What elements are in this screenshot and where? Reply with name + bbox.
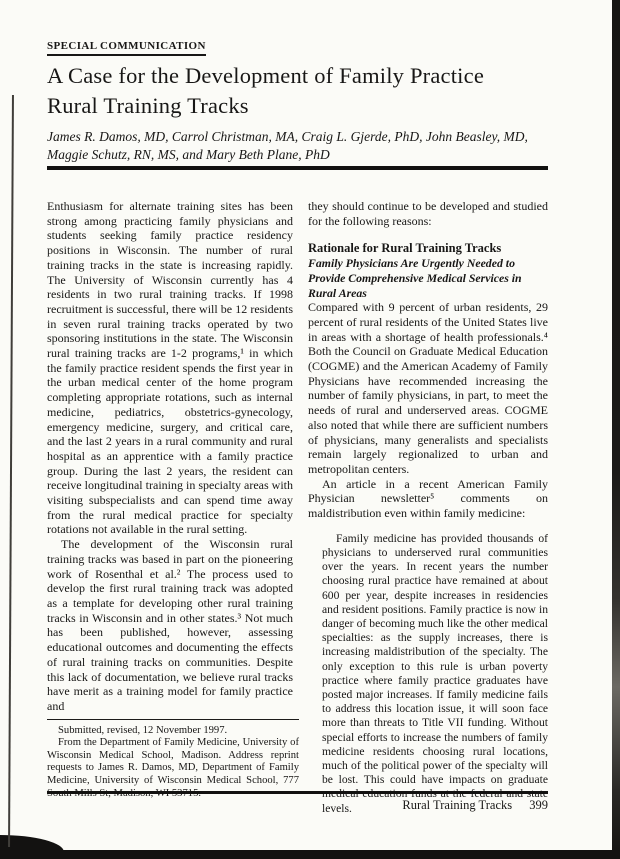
body-paragraph: An article in a recent American Family P… <box>308 477 548 521</box>
header-rule <box>47 166 548 170</box>
page-number: 399 <box>529 798 548 812</box>
section-heading: Rationale for Rural Training Tracks <box>308 241 548 256</box>
right-column: they should continue to be developed and… <box>308 199 548 816</box>
article-title-line-2: Rural Training Tracks <box>47 91 567 121</box>
scan-edge-bottom <box>0 850 620 859</box>
body-paragraph: they should continue to be developed and… <box>308 199 548 228</box>
body-paragraph: Compared with 9 percent of urban residen… <box>308 300 548 476</box>
footnote-block: Submitted, revised, 12 November 1997. Fr… <box>47 719 299 801</box>
section-kicker: SPECIAL COMMUNICATION <box>47 40 206 56</box>
scanned-article-page: SPECIAL COMMUNICATION A Case for the Dev… <box>0 0 620 859</box>
page-footer: Rural Training Tracks 399 <box>47 798 548 813</box>
article-title-line-1: A Case for the Development of Family Pra… <box>47 61 567 91</box>
running-title: Rural Training Tracks <box>402 798 512 812</box>
scan-edge-right <box>612 0 620 859</box>
authors-line-1: James R. Damos, MD, Carrol Christman, MA… <box>47 128 552 146</box>
article-authors: James R. Damos, MD, Carrol Christman, MA… <box>47 128 552 163</box>
footnote-submitted: Submitted, revised, 12 November 1997. <box>47 725 299 738</box>
authors-line-2: Maggie Schutz, RN, MS, and Mary Beth Pla… <box>47 146 552 164</box>
subsection-heading: Family Physicians Are Urgently Needed to… <box>308 256 548 300</box>
left-column: Enthusiasm for alternate training sites … <box>47 199 293 816</box>
article-title: A Case for the Development of Family Pra… <box>47 61 567 121</box>
block-quote: Family medicine has provided thousands o… <box>322 532 548 816</box>
body-paragraph: Enthusiasm for alternate training sites … <box>47 199 293 537</box>
scan-fold-line <box>8 95 14 847</box>
footer-rule <box>47 791 548 794</box>
article-body: Enthusiasm for alternate training sites … <box>47 199 548 816</box>
body-paragraph: The development of the Wisconsin rural t… <box>47 537 293 713</box>
